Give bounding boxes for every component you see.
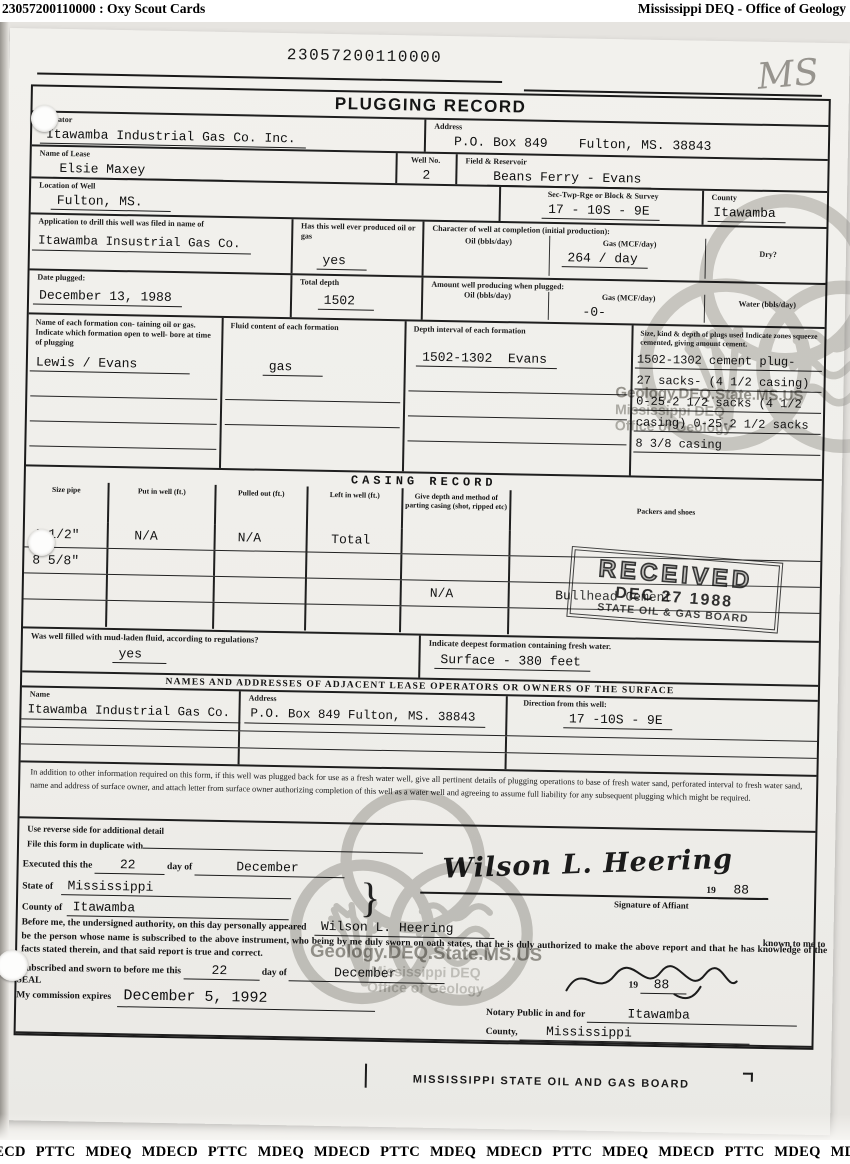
- location-value: Fulton, MS.: [51, 194, 171, 212]
- subscribed-line: Subscribed and sworn to before me this 2…: [21, 960, 446, 984]
- window-title-right: Mississippi DEQ - Office of Geology: [638, 1, 846, 17]
- window-title-bar: 23057200110000 : Oxy Scout Cards Mississ…: [0, 0, 850, 22]
- footer-text: MDEQ MDECD PTTC MDEQ MDECD PTTC MDEQ MDE…: [0, 1144, 850, 1161]
- blank-rule: [29, 422, 216, 450]
- adjacent-direction-value: 17 -10S - 9E: [563, 712, 673, 730]
- tick-mark: [365, 1064, 367, 1088]
- handwritten-ms-note: MS: [756, 52, 821, 98]
- field-reservoir-value: Beans Ferry - Evans: [487, 170, 652, 189]
- amount-oil-label: Oil (bbls/day): [423, 290, 548, 302]
- casing-record-section: CASING RECORD Size pipe Put in well (ft.…: [23, 466, 822, 643]
- casing-cell: Total: [307, 527, 403, 554]
- date-plugged-value: December 13, 1988: [33, 288, 182, 307]
- casing-cell: [307, 553, 403, 580]
- blank-rule: [30, 397, 217, 425]
- known-to-me: known to me to: [763, 939, 826, 950]
- casing-cell: [403, 528, 511, 555]
- duplicate-note: File this form in duplicate with: [27, 834, 423, 857]
- character-gas-label: Gas (MCF/day): [550, 236, 706, 251]
- formation-fluid-label: Fluid content of each formation: [223, 318, 404, 334]
- casing-cell: [107, 601, 215, 629]
- casing-cell: [23, 599, 107, 627]
- casing-cell: [402, 554, 510, 581]
- formation-name-value: Lewis / Evans: [30, 355, 190, 374]
- formation-name-label: Name of each formation con- taining oil …: [28, 314, 222, 351]
- operator-value: Itawamba Industrial Gas Co. Inc.: [40, 128, 306, 149]
- character-gas-value: 264 / day: [561, 251, 648, 269]
- blank-rule: [225, 400, 401, 428]
- county-value: Itawamba: [707, 206, 786, 224]
- blank-rule: [30, 372, 217, 400]
- plug-line: 8 3/8 casing: [633, 431, 820, 455]
- casing-cell: [401, 606, 509, 634]
- document-number: 23057200110000: [9, 41, 719, 72]
- footer-bar: MDEQ MDECD PTTC MDEQ MDECD PTTC MDEQ MDE…: [0, 1140, 850, 1164]
- casing-header: Give depth and method of parting casing …: [403, 488, 511, 530]
- casing-cell: N/A: [108, 523, 216, 550]
- fresh-water-value: Surface - 380 feet: [434, 653, 591, 672]
- application-value: Itawamba Insustrial Gas Co.: [32, 234, 251, 254]
- hole-punch: [28, 529, 55, 556]
- form-body: PLUGGING RECORD Operator Itawamba Indust…: [14, 84, 831, 1050]
- casing-cell: [108, 549, 216, 576]
- adjacent-operators-section: NAMES AND ADDRESSES OF ADJACENT LEASE OP…: [21, 672, 819, 777]
- brace: }: [360, 875, 381, 923]
- casing-cell: [306, 579, 402, 606]
- subscribed-month: December: [289, 965, 445, 984]
- execution-section: Use reverse side for additional detail F…: [16, 818, 816, 1048]
- notary-county-line: County, Mississippi: [486, 1024, 751, 1045]
- adjacent-name-label: Name: [22, 687, 239, 703]
- commission-value: December 5, 1992: [117, 988, 375, 1011]
- notary-county-value: Mississippi: [520, 1025, 750, 1046]
- casing-cell: [306, 605, 402, 633]
- scanned-document-area: 23057200110000 MS PLUGGING RECORD Operat…: [0, 22, 850, 1140]
- screenshot-root: 23057200110000 : Oxy Scout Cards Mississ…: [0, 0, 850, 1164]
- amount-gas-value: -0-: [582, 306, 606, 321]
- character-oil-label: Oil (bbls/day): [424, 234, 549, 248]
- affiant-signature: Wilson L. Heering: [442, 846, 733, 883]
- notary-public-value: Itawamba: [587, 1007, 797, 1027]
- form-top-rule-left: [37, 73, 502, 84]
- sec-twp-rge-value: 17 - 10S - 9E: [542, 203, 660, 221]
- notary-public-line: Notary Public in and for Itawamba: [486, 1005, 798, 1027]
- commission-line: My commission expires December 5, 1992: [16, 986, 375, 1011]
- casing-header: Put in well (ft.): [109, 483, 217, 525]
- casing-cell: [215, 551, 307, 578]
- well-no-label: Well No.: [398, 153, 456, 166]
- casing-header: Size pipe: [25, 481, 109, 523]
- amount-water-label: Water (bbls/day): [705, 295, 825, 311]
- affiant-caption: Signature of Affiant: [614, 899, 689, 912]
- formation-depth-label: Depth interval of each formation: [407, 321, 632, 338]
- executed-day: 22: [95, 858, 165, 876]
- casing-cell: [24, 573, 108, 600]
- executed-line: Executed this the 22 day of December: [23, 856, 345, 878]
- character-dry-label: Dry?: [706, 239, 826, 261]
- casing-header: Left in well (ft.): [307, 487, 403, 529]
- hole-punch: [31, 105, 58, 132]
- address-value: P.O. Box 849 Fulton, MS. 38843: [454, 135, 712, 154]
- casing-cell: [107, 575, 215, 602]
- corner-mark: [743, 1073, 753, 1082]
- casing-cell: [215, 577, 307, 604]
- blank-rule: [225, 375, 401, 403]
- casing-cell: [214, 603, 306, 631]
- produced-label: Has this well ever produced oil or gas: [293, 219, 423, 243]
- executed-month: December: [194, 860, 344, 879]
- board-footer-row: MISSISSIPPI STATE OIL AND GAS BOARD: [13, 1059, 813, 1102]
- subscribed-day: 22: [183, 963, 259, 981]
- casing-cell: N/A: [216, 525, 308, 552]
- total-depth-label: Total depth: [292, 275, 422, 289]
- state-of-line: State of Mississippi: [22, 878, 292, 899]
- casing-header: Packers and shoes: [510, 490, 821, 536]
- plugging-record-form: 23057200110000 MS PLUGGING RECORD Operat…: [0, 28, 850, 1135]
- adjacent-name-value: Itawamba Industrial Gas Co.: [21, 703, 240, 723]
- casing-header: Pulled out (ft.): [216, 485, 308, 527]
- adjacent-address-value: P.O. Box 849 Fulton, MS. 38843: [244, 707, 485, 727]
- formation-section: Name of each formation con- taining oil …: [26, 314, 825, 481]
- county-label: County: [704, 191, 828, 205]
- sec-twp-rge-label: Sec-Twp-Rge or Block & Survey: [501, 187, 702, 203]
- board-title: MISSISSIPPI STATE OIL AND GAS BOARD: [413, 1074, 690, 1091]
- formation-plugs-label: Size, kind & depth of plugs used Indicat…: [633, 325, 824, 350]
- total-depth-value: 1502: [318, 294, 374, 311]
- casing-cell: N/A: [402, 580, 510, 607]
- notary-signature-scribble: [556, 956, 747, 1003]
- well-no-value: 2: [422, 169, 430, 183]
- amount-gas-label: Gas (MCF/day): [549, 292, 705, 305]
- produced-value: yes: [316, 254, 366, 271]
- formation-fluid-value: gas: [263, 360, 323, 377]
- state-of-value: Mississippi: [61, 879, 291, 900]
- formation-depth-value: 1502-1302 Evans: [416, 350, 557, 369]
- mud-filled-value: yes: [112, 647, 166, 664]
- blank-rule: [408, 417, 627, 446]
- window-title-left: 23057200110000 : Oxy Scout Cards: [2, 1, 205, 17]
